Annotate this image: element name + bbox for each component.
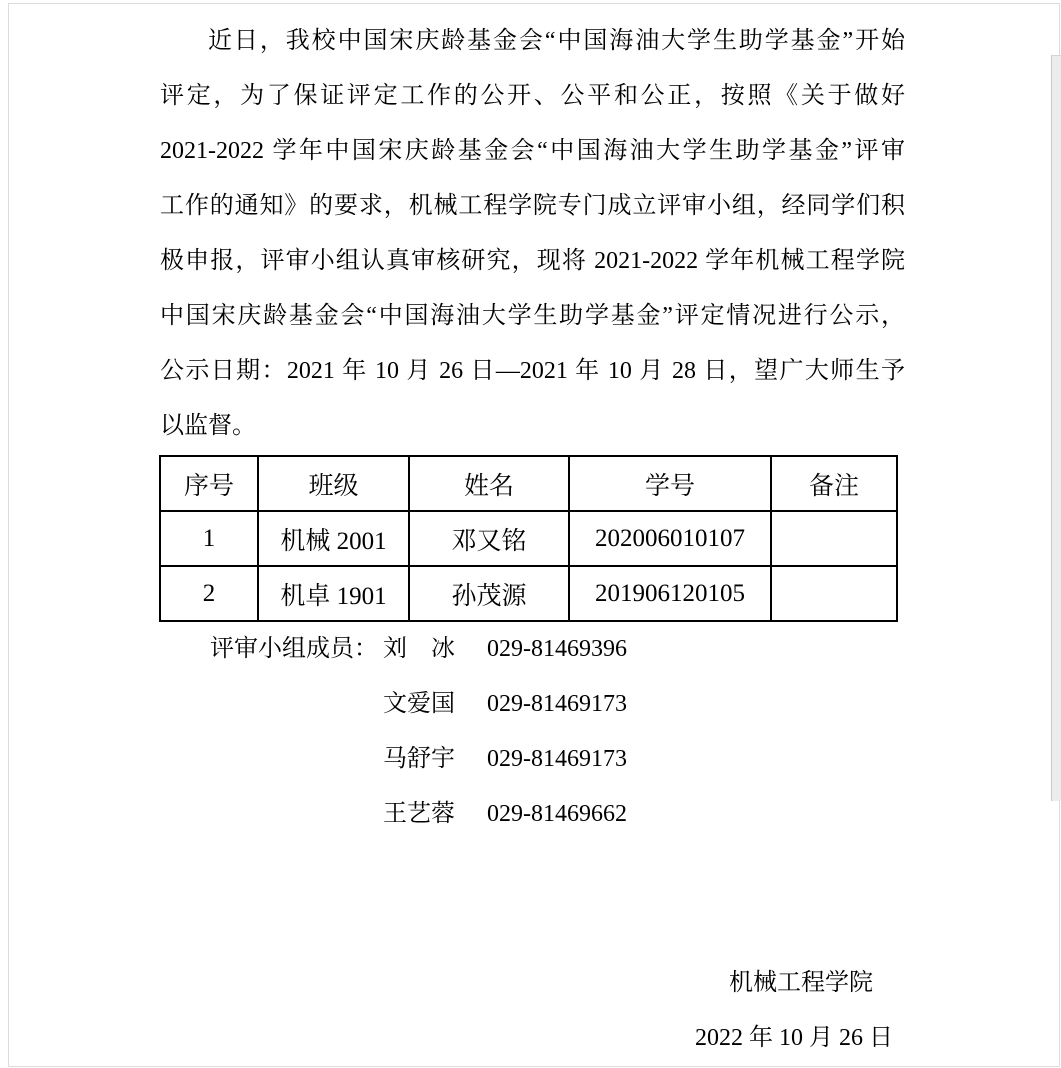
member-phone: 029-81469173 (487, 677, 627, 732)
committee-list: 评审小组成员：刘 冰029-81469396 文爱国029-81469173 马… (160, 622, 905, 842)
header-cell-studentid: 学号 (569, 456, 771, 511)
member-phone: 029-81469173 (487, 732, 627, 787)
member-name: 王艺蓉 (383, 787, 473, 842)
table-row: 2 机卓 1901 孙茂源 201906120105 (160, 566, 897, 621)
cell-studentid: 202006010107 (569, 511, 771, 566)
paragraph-line: 近日，我校中国宋庆龄基金会“中国海油大学生助学基金”开始 (160, 14, 905, 69)
cell-index: 2 (160, 566, 258, 621)
header-cell-name: 姓名 (409, 456, 569, 511)
committee-member-row: 马舒宇029-81469173 (160, 732, 905, 787)
paragraph-line: 工作的通知》的要求，机械工程学院专门成立评审小组，经同学们积 (160, 179, 905, 234)
paragraph-line: 以监督。 (160, 399, 905, 454)
signature-organization: 机械工程学院 (729, 956, 873, 1011)
committee-label: 评审小组成员： (160, 622, 383, 677)
paragraph-line: 极申报，评审小组认真审核研究，现将 2021-2022 学年机械工程学院 (160, 234, 905, 289)
cell-name: 邓又铭 (409, 511, 569, 566)
cell-index: 1 (160, 511, 258, 566)
committee-member-row: 评审小组成员：刘 冰029-81469396 (160, 622, 905, 677)
member-name: 刘 冰 (383, 622, 473, 677)
committee-member-row: 文爱国029-81469173 (160, 677, 905, 732)
member-name: 文爱国 (383, 677, 473, 732)
header-cell-remark: 备注 (771, 456, 897, 511)
announcement-paragraph: 近日，我校中国宋庆龄基金会“中国海油大学生助学基金”开始 评定，为了保证评定工作… (160, 14, 905, 454)
recipients-table: 序号 班级 姓名 学号 备注 1 机械 2001 邓又铭 20200601010… (159, 455, 898, 622)
header-cell-class: 班级 (258, 456, 409, 511)
table-header-row: 序号 班级 姓名 学号 备注 (160, 456, 897, 511)
member-phone: 029-81469396 (487, 622, 627, 677)
paragraph-line: 评定，为了保证评定工作的公开、公平和公正，按照《关于做好 (160, 69, 905, 124)
signature-date: 2022 年 10 月 26 日 (695, 1011, 893, 1066)
header-cell-index: 序号 (160, 456, 258, 511)
cell-studentid: 201906120105 (569, 566, 771, 621)
cell-remark (771, 511, 897, 566)
document-page: 近日，我校中国宋庆龄基金会“中国海油大学生助学基金”开始 评定，为了保证评定工作… (0, 0, 1061, 1068)
committee-member-row: 王艺蓉029-81469662 (160, 787, 905, 842)
paragraph-line: 2021-2022 学年中国宋庆龄基金会“中国海油大学生助学基金”评审 (160, 124, 905, 179)
paragraph-line: 中国宋庆龄基金会“中国海油大学生助学基金”评定情况进行公示， (160, 289, 905, 344)
cell-remark (771, 566, 897, 621)
cell-class: 机械 2001 (258, 511, 409, 566)
member-name: 马舒宇 (383, 732, 473, 787)
member-phone: 029-81469662 (487, 787, 627, 842)
vertical-scrollbar[interactable] (1051, 55, 1061, 801)
table-row: 1 机械 2001 邓又铭 202006010107 (160, 511, 897, 566)
paragraph-line: 公示日期：2021 年 10 月 26 日—2021 年 10 月 28 日，望… (160, 344, 905, 399)
cell-class: 机卓 1901 (258, 566, 409, 621)
cell-name: 孙茂源 (409, 566, 569, 621)
